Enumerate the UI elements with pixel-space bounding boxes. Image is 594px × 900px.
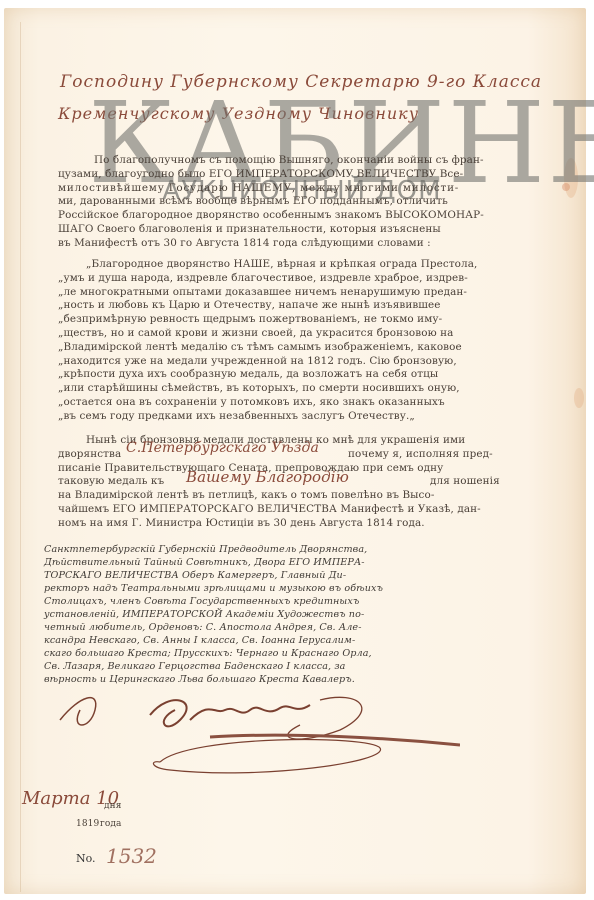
text-line: ШАГО Своего благоволенія и признательнос… (58, 223, 488, 237)
document-number-label: No. (76, 852, 96, 865)
text-line: ТОРСКАГО ВЕЛИЧЕСТВА Оберъ Камергеръ, Гла… (44, 569, 374, 582)
text-line: скаго большаго Креста; Прусскихъ: Чернаг… (44, 647, 374, 660)
text-line: таковую медаль къ Вашему Благородію (58, 475, 488, 489)
text-line: „умъ и душа народа, издревле благочестив… (58, 272, 488, 286)
document-number-value: 1532 (106, 844, 157, 868)
handwritten-recipient: Вашему Благородію (186, 471, 349, 485)
text-line: „ность и любовь къ Царю и Отечеству, нап… (58, 299, 488, 313)
text-fragment: таковую медаль къ (58, 475, 164, 487)
text-line: „находится уже на медали учрежденной на … (58, 355, 488, 369)
text-line: „Владимірской лентѣ медалію съ тѣмъ самы… (58, 341, 488, 355)
text-fragment: дворянства (58, 448, 121, 460)
text-line: четный любитель, Орденовъ: С. Апостола А… (44, 621, 374, 634)
text-line: По благополучномъ съ помощію Вышняго, ок… (58, 154, 488, 168)
text-line: „безпримѣрную ревность щедрымъ пожертвов… (58, 313, 488, 327)
paragraph-manifesto-quote: „Благородное дворянство НАШЕ, вѣрная и к… (58, 258, 488, 424)
text-line: номъ на имя Г. Министра Юстиціи въ 30 де… (58, 517, 488, 531)
paper-stain (574, 388, 584, 408)
text-line: милостивѣйшему Государю НАШЕМУ, между мн… (58, 182, 488, 196)
text-line: Дѣйствительный Тайный Совѣтникъ, Двора Е… (44, 556, 374, 569)
text-line: „ле многократными опытами доказавшее нич… (58, 286, 488, 300)
handwritten-district: С.Петербургскаго Уѣзда (126, 442, 319, 456)
paper-stain (562, 183, 570, 191)
text-line: „въ семъ году предками ихъ незабвенныхъ … (58, 410, 488, 424)
text-line: „крѣпости духа ихъ сообразную медаль, да… (58, 368, 488, 382)
text-line: цузами, благоугодно было ЕГО ИМПЕРАТОРСК… (58, 168, 488, 182)
text-line: Столицахъ, членъ Совѣта Государственныхъ… (44, 595, 374, 608)
text-line: на Владимірской лентѣ въ петлицѣ, какъ о… (58, 489, 488, 503)
text-line: установленій, ИМПЕРАТОРСКОЙ Академіи Худ… (44, 608, 374, 621)
text-line: ми, дарованными всѣмъ вообще вѣрнымъ ЕГО… (58, 195, 488, 209)
handwritten-address-line1: Господину Губернскому Секретарю 9-го Кла… (60, 72, 542, 92)
text-line: дворянства С.Петербургскаго Уѣзда почему… (58, 448, 488, 462)
paragraph-medal-delivery: Нынѣ сіи бронзовыя медали доставлены ко … (58, 434, 488, 544)
text-line: „Благородное дворянство НАШЕ, вѣрная и к… (58, 258, 488, 272)
signature: А. Нарышкинъ (40, 690, 460, 780)
date-year-suffix: года (100, 818, 121, 832)
text-line: въ Манифестѣ отъ 30 го Августа 1814 года… (58, 237, 488, 251)
text-fragment: почему я, исполняя пред- (348, 448, 493, 462)
text-line: вѣрность и Церингскаго Льва большаго Кре… (44, 673, 374, 686)
text-line: ксандра Невскаго, Св. Анны I класса, Св.… (44, 634, 374, 647)
text-line: Санктпетербургскій Губернскій Предводите… (44, 543, 374, 556)
handwritten-address-line2: Кременчугскому Уездному Чиновнику (58, 104, 419, 123)
signatory-title-block: Санктпетербургскій Губернскій Предводите… (44, 543, 374, 686)
text-fragment: для ношенія (430, 475, 500, 489)
text-line: ректоръ надъ Театральными зрѣлищами и му… (44, 582, 374, 595)
text-line: „или старѣйшины сѣмействъ, въ которыхъ, … (58, 382, 488, 396)
text-line: Россійское благородное дворянство особен… (58, 209, 488, 223)
text-line: „ществъ, но и самой крови и жизни своей,… (58, 327, 488, 341)
paragraph-intro: По благополучномъ съ помощію Вышняго, ок… (58, 154, 488, 251)
text-line: Св. Лазаря, Великаго Герцогства Баденска… (44, 660, 374, 673)
text-line: чайшемъ ЕГО ИМПЕРАТОРСКАГО ВЕЛИЧЕСТВА Ма… (58, 503, 488, 517)
paper-fold-line (20, 22, 21, 892)
paper-stain (564, 158, 578, 198)
text-line: „остается она въ сохраненіи у потомковъ … (58, 396, 488, 410)
date-day-suffix: дня (104, 800, 122, 814)
date-year: 1819 (76, 818, 99, 832)
